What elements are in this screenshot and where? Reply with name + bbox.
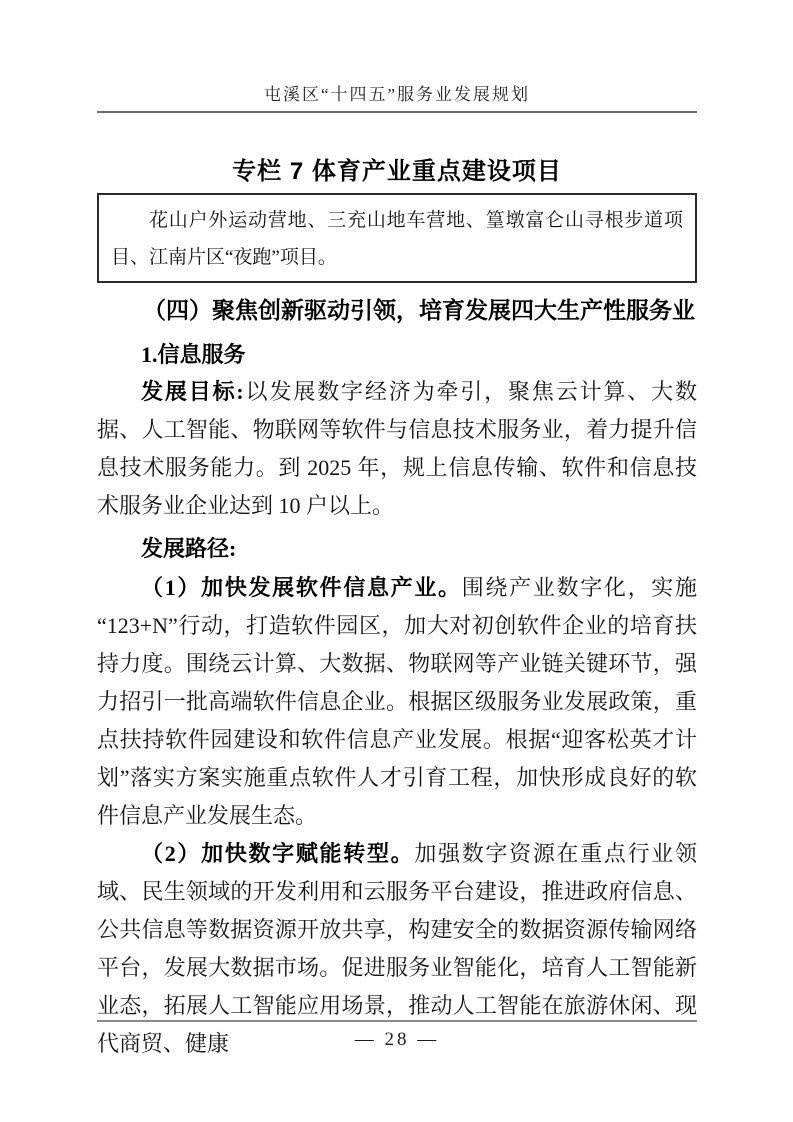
page-footer: — 28 — (97, 1020, 697, 1051)
paragraph-item-1: （1）加快发展软件信息产业。围绕产业数字化，实施“123+N”行动，打造软件园区… (97, 569, 697, 835)
column-box-content: 花山户外运动营地、三充山地车营地、篁墩富仑山寻根步道项目、江南片区“夜跑”项目。 (111, 202, 683, 276)
item-1-text: 围绕产业数字化，实施“123+N”行动，打造软件园区，加大对初创软件企业的培育扶… (97, 575, 697, 828)
subsection-heading: 1.信息服务 (97, 337, 697, 373)
development-path-label: 发展路径: (97, 529, 697, 569)
page-number: — 28 — (355, 1029, 440, 1050)
column-box-title: 专栏 7 体育产业重点建设项目 (97, 151, 697, 186)
item-2-label: （2）加快数字赋能转型。 (141, 841, 414, 866)
item-1-label: （1）加快发展软件信息产业。 (141, 575, 462, 600)
page-header-title: 屯溪区“十四五”服务业发展规划 (97, 0, 697, 113)
column-box: 花山户外运动营地、三充山地车营地、篁墩富仑山寻根步道项目、江南片区“夜跑”项目。 (97, 193, 697, 283)
document-page: 屯溪区“十四五”服务业发展规划 专栏 7 体育产业重点建设项目 花山户外运动营地… (0, 0, 793, 1122)
development-goal-label: 发展目标: (141, 379, 244, 404)
paragraph-development-goal: 发展目标:以发展数字经济为牵引，聚焦云计算、大数据、人工智能、物联网等软件与信息… (97, 373, 697, 525)
page-content: 屯溪区“十四五”服务业发展规划 专栏 7 体育产业重点建设项目 花山户外运动营地… (97, 0, 697, 1063)
section-heading: （四）聚焦创新驱动引领，培育发展四大生产性服务业 (97, 293, 697, 329)
